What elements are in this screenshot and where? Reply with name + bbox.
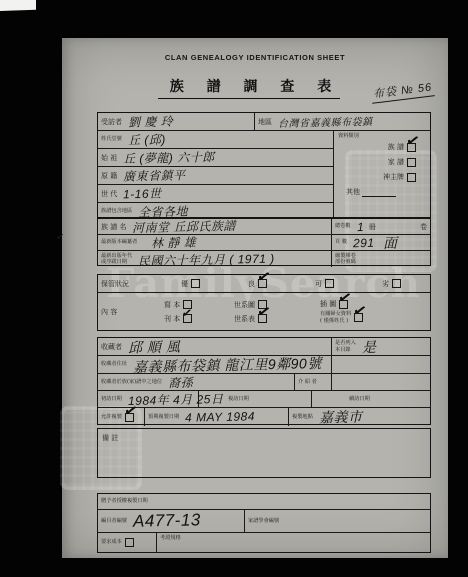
- checkbox-cost-required[interactable]: [125, 538, 134, 547]
- field-listed: 是否列入 本目錄 是: [331, 338, 430, 355]
- field-introducer: 介 紹 者: [294, 374, 331, 390]
- compiler-value: 林 靜 雄: [151, 234, 197, 252]
- field-first-visit: 初訪日期 1984年 4月 25日: [98, 391, 198, 407]
- margin-checkmark-icon: ✓: [55, 231, 65, 243]
- pages-label: 頁 數: [335, 239, 347, 246]
- collector-label: 收藏者: [101, 342, 122, 352]
- listed-label-line2: 本目錄: [335, 347, 356, 354]
- checkbox-printed[interactable]: [183, 314, 192, 323]
- origin-label: 原 籍: [101, 171, 117, 181]
- field-collector: 收藏者 邱 順 風: [98, 338, 331, 355]
- microfilm-frame: { "header": { "en_title": "CLAN GENEALOG…: [0, 0, 468, 577]
- volumes-unit-book: 冊: [369, 222, 376, 232]
- table-publication: 族 譜 名 河南堂 丘邱氏族譜 總卷數 1 冊 卷 最新版本編纂者 林 靜 雄 …: [97, 218, 431, 266]
- category-option-clan-genealogy[interactable]: 族 譜: [338, 140, 430, 155]
- condition-excellent[interactable]: 優: [181, 279, 200, 289]
- founder-value: 丘 (夢龍) 六十郎: [123, 148, 215, 167]
- introducer-label: 介 紹 者: [298, 379, 317, 386]
- pubdate-label-line2: 或序跋日期: [101, 259, 132, 266]
- surname-value: 丘 (邱): [128, 131, 166, 149]
- table-cataloging: 贈予者授權複製日期 編目者編號 A477-13 家譜學會編號 要求成本 考證規格: [97, 493, 431, 553]
- grant-date-label: 贈予者授權複製日期: [101, 498, 148, 505]
- field-society-number: 家譜學會編號: [244, 510, 430, 532]
- notes-box: 備 註: [97, 428, 431, 478]
- content-printed[interactable]: 刊 本: [164, 314, 192, 324]
- category-option-ancestral-tablet[interactable]: 神主牌: [338, 170, 430, 185]
- content-label-cell: 內 容: [98, 293, 156, 330]
- pubdate-value: 民國六十年九月 ( 1971 ): [138, 249, 275, 269]
- checkbox-excellent[interactable]: [191, 279, 200, 288]
- field-compiler: 最新版本編纂者 林 靜 雄: [98, 235, 331, 250]
- condition-label: 保管狀況: [101, 279, 129, 289]
- condition-poor[interactable]: 劣: [382, 279, 401, 289]
- collector-value: 邱 順 風: [128, 336, 181, 357]
- field-origin: 原 籍 廣東省鎮平: [98, 167, 189, 184]
- catalog-number-value: A477-13: [133, 510, 201, 531]
- checkbox-pedigree-table[interactable]: [258, 314, 267, 323]
- spec-label: 考證規格: [160, 535, 181, 542]
- scanned-form-page: FamilySearch ✓ CLAN GENEALOGY IDENTIFICA…: [62, 38, 448, 558]
- area-value: 台灣省嘉義縣布袋鎮: [278, 113, 373, 130]
- title-underline: [158, 98, 340, 99]
- copy-allowed-label: 允許複製: [101, 414, 122, 421]
- field-address: 收藏者住址 嘉義縣布袋鎮 龍江里9鄰90號: [98, 356, 331, 373]
- film-edge-flare: [0, 0, 36, 11]
- volumes-value: 1: [356, 219, 363, 233]
- interviewee-value: 劉 慶 玲: [128, 113, 174, 131]
- checkbox-poor[interactable]: [392, 279, 401, 288]
- field-volumes: 總卷數 1 冊 卷: [331, 219, 430, 234]
- field-catalog-number: 編目者編號 A477-13: [98, 510, 244, 532]
- checkbox-women-records[interactable]: [354, 313, 363, 322]
- first-visit-label: 初訪日期: [101, 396, 122, 403]
- genealogy-title-label: 族 譜 名: [101, 222, 126, 232]
- field-cost-required: 要求成本: [98, 533, 156, 552]
- checkbox-good[interactable]: [258, 279, 267, 288]
- position-label: 收藏者於族(家)譜中之地位: [101, 379, 162, 386]
- founder-label: 始 祖: [101, 153, 117, 163]
- coverage-label: 族譜包含地區: [101, 208, 132, 215]
- cost-required-label: 要求成本: [101, 539, 122, 546]
- content-illustrations[interactable]: 插 圖: [320, 299, 348, 309]
- field-genealogy-title: 族 譜 名 河南堂 丘邱氏族譜: [98, 219, 331, 234]
- content-label: 內 容: [101, 307, 117, 317]
- origin-value: 廣東省鎮平: [123, 166, 186, 184]
- copy-date-label: 預期複製日期: [148, 414, 179, 421]
- field-introducer-blank: [331, 374, 430, 390]
- volumes-label: 總卷數: [335, 223, 351, 230]
- address-value: 嘉義縣布袋鎮 龍江里9鄰90號: [133, 353, 322, 377]
- content-women-records[interactable]: 有關婦女資料 ( 僅係姓氏 ): [320, 311, 363, 324]
- copy-place-label: 複製地點: [292, 414, 313, 421]
- condition-fair[interactable]: 可: [315, 279, 334, 289]
- film-label-line2: 部份號碼: [335, 259, 356, 266]
- notes-label: 備 註: [102, 433, 118, 443]
- area-label: 地區: [258, 117, 272, 127]
- listed-value: 是: [362, 336, 377, 356]
- field-generations: 世 代 1-16世: [98, 185, 165, 202]
- generations-label: 世 代: [101, 189, 117, 199]
- field-interviewee: 受訪者 劉 慶 玲: [98, 113, 254, 130]
- volumes-unit-scroll: 卷: [420, 222, 427, 232]
- table-identification: 受訪者 劉 慶 玲 地區 台灣省嘉義縣布袋鎮 姓氏堂號 丘 (邱) 始 祖: [97, 112, 431, 218]
- checkbox-family-genealogy[interactable]: [407, 158, 416, 167]
- pages-unit: 面: [382, 232, 397, 252]
- category-option-family-genealogy[interactable]: 家 譜: [338, 155, 430, 170]
- field-listed-blank: [331, 356, 430, 373]
- field-film-number: 縮製膠卷 部份號碼: [331, 251, 430, 267]
- condition-label-cell: 保管狀況: [98, 275, 156, 292]
- field-area: 地區 台灣省嘉義縣布袋鎮: [254, 113, 430, 130]
- checkbox-clan-genealogy[interactable]: [407, 143, 416, 152]
- other-label: 其他: [346, 187, 360, 197]
- checkbox-illustrations[interactable]: [339, 300, 348, 309]
- society-number-label: 家譜學會編號: [248, 518, 279, 525]
- pages-value: 291: [353, 235, 375, 249]
- women-records-note: ( 僅係姓氏 ): [320, 318, 351, 325]
- field-spec: 考證規格: [156, 533, 430, 552]
- condition-good[interactable]: 良: [248, 279, 267, 289]
- second-visit-label: 複訪日期: [228, 396, 249, 403]
- table-condition-content: 保管狀況 優 良 可 劣: [97, 274, 431, 331]
- field-copy-place: 複製地點 嘉義市: [288, 408, 430, 426]
- field-surname: 姓氏堂號 丘 (邱): [98, 131, 169, 148]
- checkbox-copy-allowed[interactable]: [125, 413, 134, 422]
- condition-options: 優 良 可 劣: [156, 275, 430, 292]
- content-pedigree-table[interactable]: 世系表: [234, 314, 267, 324]
- english-title: CLAN GENEALOGY IDENTIFICATION SHEET: [62, 53, 448, 62]
- generations-value: 1-16世: [123, 185, 162, 203]
- address-label: 收藏者住址: [101, 361, 127, 368]
- field-pages: 頁 數 291 面: [331, 235, 430, 250]
- field-copy-allowed: 允許複製: [98, 408, 144, 426]
- field-pubdate: 最新出版年代 或序跋日期 民國六十年九月 ( 1971 ): [98, 251, 331, 267]
- field-position: 收藏者於族(家)譜中之地位 裔孫: [98, 374, 294, 390]
- other-blank-line[interactable]: [362, 188, 396, 197]
- field-copy-date: 預期複製日期 4 MAY 1984: [144, 408, 288, 426]
- checkbox-fair[interactable]: [325, 279, 334, 288]
- field-third-visit: 續訪日期: [311, 391, 430, 407]
- interviewee-label: 受訪者: [101, 117, 122, 127]
- category-option-other: 其他: [338, 185, 430, 200]
- copy-place-value: 嘉義市: [319, 407, 363, 428]
- copy-date-value: 4 MAY 1984: [185, 409, 255, 424]
- catalog-number-label: 編目者編號: [101, 518, 127, 525]
- field-category: 資料類別 族 譜 家 譜 神主牌 其他: [333, 131, 430, 217]
- field-founder: 始 祖 丘 (夢龍) 六十郎: [98, 149, 218, 166]
- checkbox-ancestral-tablet[interactable]: [407, 173, 416, 182]
- first-visit-value: 1984年 4月 25日: [128, 390, 224, 409]
- third-visit-label: 續訪日期: [349, 396, 370, 403]
- field-grant-date: 贈予者授權複製日期: [98, 494, 430, 509]
- surname-label: 姓氏堂號: [101, 136, 122, 143]
- table-collector: 收藏者 邱 順 風 是否列入 本目錄 是 收藏者住址 嘉義縣布袋鎮 龍江里9鄰9…: [97, 337, 431, 425]
- compiler-label: 最新版本編纂者: [101, 239, 137, 246]
